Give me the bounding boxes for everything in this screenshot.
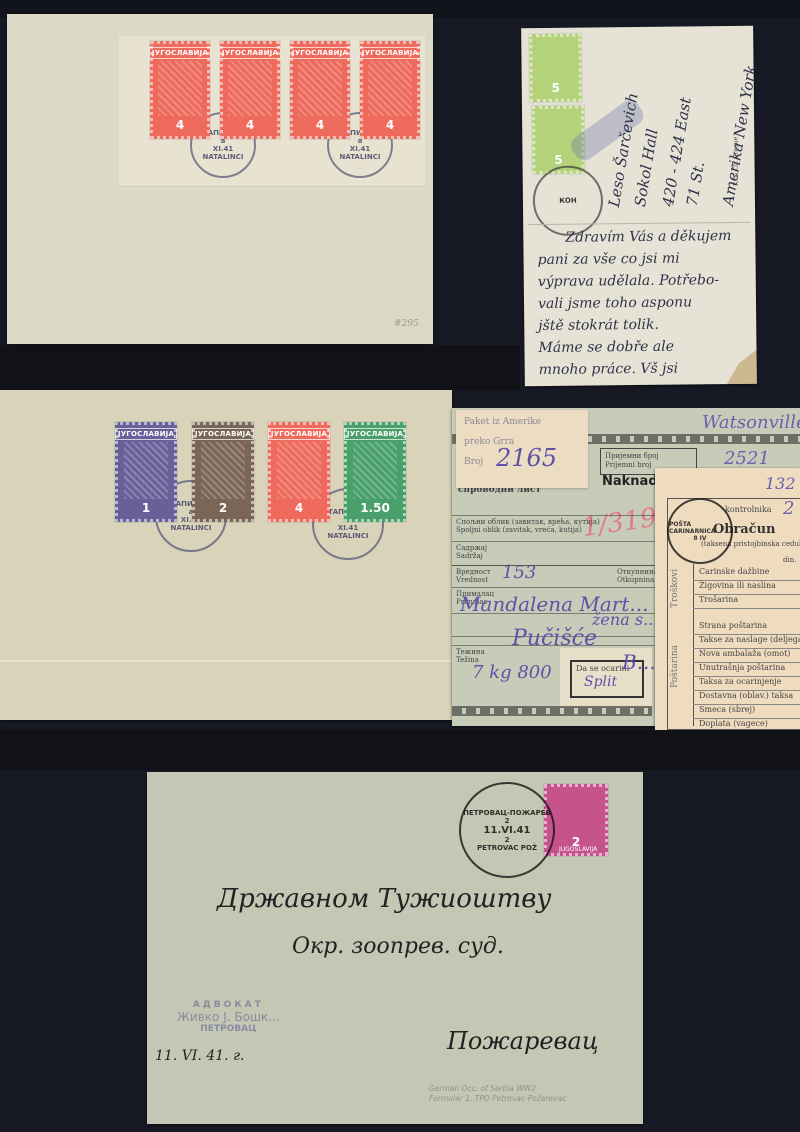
field-label: Откупнина — [617, 568, 658, 576]
charges-row-label: Nova ambalaža (omot) — [699, 650, 790, 658]
pencil-note: German Occ. of Serbia WW2 Formular 1, TP… — [429, 1084, 566, 1104]
charges-row-label: Žigovina ili naslina — [699, 582, 776, 590]
handwritten-watsonville: Watsonville — [702, 412, 800, 433]
sleeve-reflection — [0, 660, 452, 662]
album-strip — [0, 345, 520, 390]
form-rule — [693, 608, 800, 609]
handwritten-line: mnoho práce. Vš jsi — [539, 361, 679, 378]
charges-row-label: Strana poštarina — [699, 622, 767, 630]
stamp-country: JUGOSLAVIJA — [559, 846, 597, 854]
handwritten-line: Máme se dobře ale — [538, 339, 674, 356]
postmark-carinarnica: POŠTA CARINARNICA 8 IV — [667, 498, 733, 564]
handwritten-line: Amerika New York — [719, 64, 760, 207]
field-label: Спољни облик (завитак, врећа, кутија) — [456, 518, 600, 526]
stamp: ЈУГОСЛАВИЈА4 — [268, 422, 330, 522]
postcard-new-york[interactable]: 5 5 КОН K. & Co. Prague Leso ŠarčevichSo… — [521, 26, 757, 386]
handwritten-line: Pučišće — [512, 626, 597, 651]
field-label: Vrednost — [456, 576, 488, 584]
paket-label: Paket iz Amerike preko Grra Broj 2165 — [456, 410, 588, 488]
pencil-note: #295 — [394, 319, 419, 329]
handwritten-line: pani za vše co jsi mi — [537, 251, 679, 268]
form-border — [452, 706, 652, 716]
field-label: Sadržaj — [456, 552, 483, 560]
field-label: Вредност — [456, 568, 491, 576]
section-postarina: Poštarina — [671, 645, 679, 688]
charges-row-label: Trošarina — [699, 596, 738, 604]
cover-petrovac[interactable]: 2 JUGOSLAVIJA ПЕТРОВАЦ-ПОЖАРЕВ 2 11.VI.4… — [147, 772, 643, 1124]
handwritten-line: výprava udělala. Potřebo- — [538, 272, 720, 290]
receipt-number: 2521 — [724, 448, 770, 469]
cover-natalinci-top[interactable]: ТАПИНЦИ a XI.41 NATALINCI ТАПИНЦИ a XI.4… — [7, 14, 433, 344]
handwritten-line: Zdravím Vás a děkujem — [565, 228, 731, 246]
album-strip — [0, 730, 800, 770]
charges-row-label: Doplata (vagece) — [699, 720, 768, 728]
field-label: Тежина — [456, 648, 485, 656]
address-line-1: Државном Тужиоштву — [217, 884, 551, 914]
stamp-green-5: 5 — [529, 34, 582, 103]
stamp: ЈУГОСЛАВИЈА4 — [150, 41, 210, 139]
cover-natalinci-middle[interactable]: ТАПИНЦИ a XI.41 NATALINCI ТАПИНЦИ a XI.4… — [0, 390, 452, 720]
form-number: 132 — [765, 474, 796, 493]
charges-row-label: Takse za naslage (deljegavina) — [699, 636, 800, 644]
handwritten-line: Sokol Hall — [631, 128, 662, 209]
control-label: kontrolnika — [725, 506, 772, 514]
charges-row-label: Smeca (sbrej) — [699, 706, 755, 714]
address-line-3: Пожаревац — [447, 1027, 599, 1055]
stamp: ЈУГОСЛАВИЈА2 — [192, 422, 254, 522]
sender-date: 11. VI. 41. г. — [155, 1048, 245, 1064]
handwritten-line: vali jsme toho asponu — [538, 294, 692, 312]
address-line-2: Окр. зоопрев. суд. — [292, 934, 504, 959]
field-label: Садржај — [456, 544, 487, 552]
stamp: ЈУГОСЛАВИЈА4 — [290, 41, 350, 139]
stamp: ЈУГОСЛАВИЈА4 — [220, 41, 280, 139]
section-divider — [693, 564, 694, 726]
charges-row-label: Carinske dažbine — [699, 568, 769, 576]
charges-row-label: Dostavna (oblav.) taksa — [699, 692, 793, 700]
address-block — [521, 26, 753, 28]
column-header: din. — [783, 556, 796, 564]
handwritten-line: 7 kg 800 — [472, 662, 552, 683]
corner-damage — [727, 350, 757, 384]
section-troskovi: Troškovi — [671, 569, 679, 608]
stamp: ЈУГОСЛАВИЈА4 — [360, 41, 420, 139]
charges-row-label: Taksa za ocarinjenje — [699, 678, 781, 686]
field-label: Otkupnina — [617, 576, 654, 584]
stamp: ЈУГОСЛАВИЈА1.50 — [344, 422, 406, 522]
label-number: 2165 — [496, 444, 557, 472]
postmark-kon: КОН — [533, 165, 604, 236]
message-block — [521, 26, 753, 28]
sender-stamp: АДВОКАТ Живко J. Бошк... ПЕТРОВАЦ — [177, 1000, 280, 1034]
handwritten-line: B... — [622, 650, 656, 674]
handwritten-line: jště stokrát tolik. — [538, 317, 659, 334]
handwritten-line: žena s... — [592, 610, 658, 629]
handwritten-line: 71 St. — [683, 160, 708, 207]
control-value: 2 — [783, 498, 794, 519]
stamp: ЈУГОСЛАВИЈА1 — [115, 422, 177, 522]
field-label: Spoljni oblik (zavitak, vreća, kutija) — [456, 526, 582, 534]
charges-form-obracun[interactable]: 132 kontrolnika 2 Obračun (taksena prist… — [655, 468, 800, 730]
postmark-petrovac: ПЕТРОВАЦ-ПОЖАРЕВ 2 11.VI.41 2 PETROVAC P… — [459, 782, 555, 878]
charges-row-label: Unutrašnja poštarina — [699, 664, 785, 672]
